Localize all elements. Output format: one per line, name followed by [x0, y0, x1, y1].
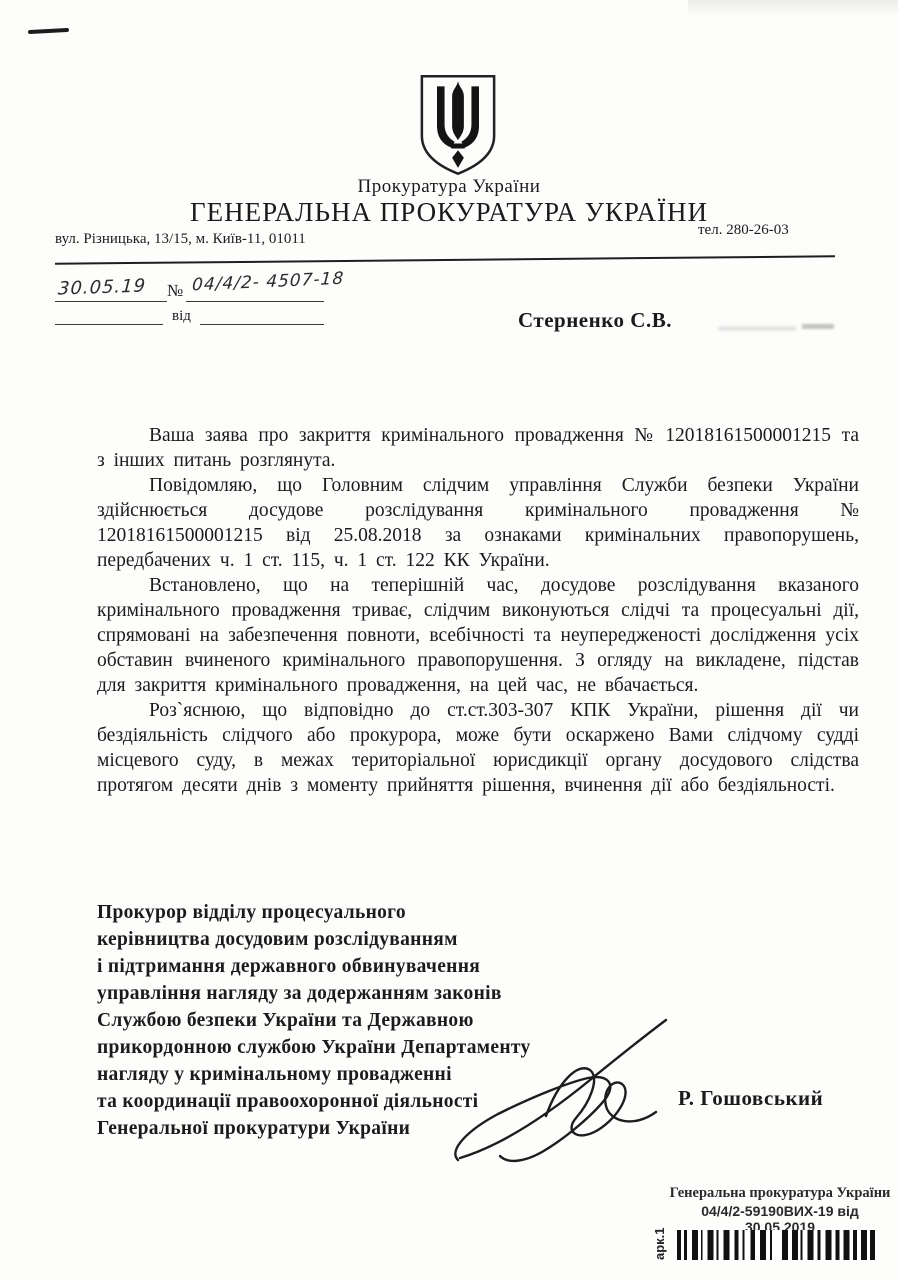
- date-underline: [55, 301, 167, 302]
- org-name-small: Прокуратура України: [0, 176, 898, 198]
- stamp-barcode: [677, 1230, 875, 1260]
- tryzub-emblem: [416, 72, 500, 178]
- stamp-org: Генеральна прокуратура України: [660, 1185, 898, 1202]
- signer-title-line: і підтримання державного обвинувачення: [97, 953, 577, 980]
- letter-body: Ваша заява про закриття кримінального пр…: [97, 423, 859, 798]
- body-paragraph: Ваша заява про закриття кримінального пр…: [97, 423, 859, 473]
- signer-title-line: управління нагляду за додержанням законі…: [97, 980, 577, 1007]
- scan-artifact-dash: [28, 28, 69, 34]
- org-phone: тел. 280-26-03: [698, 222, 789, 239]
- vid-label: від: [172, 308, 191, 325]
- signer-name: Р. Гошовський: [678, 1086, 823, 1111]
- addressee-name: Стерненко С.В.: [518, 308, 672, 333]
- signer-title-line: керівництва досудовим розслідуванням: [97, 926, 577, 953]
- org-address: вул. Різницька, 13/15, м. Київ-11, 01011: [55, 231, 306, 248]
- handwritten-date: 30.05.19: [57, 275, 147, 299]
- signer-title-line: Прокурор відділу процесуального: [97, 899, 577, 926]
- handwritten-number: 04/4/2- 4507-18: [191, 269, 344, 296]
- reply-ref-underline: [55, 324, 163, 325]
- stamp-ref-number: 04/4/2-59190ВИХ-19 від: [660, 1203, 898, 1219]
- header-divider: [55, 255, 835, 264]
- redacted-smudge: [718, 327, 796, 330]
- reply-date-underline: [200, 324, 324, 325]
- body-paragraph: Встановлено, що на теперішній час, досуд…: [97, 573, 859, 698]
- scanned-letter-page: Прокуратура України ГЕНЕРАЛЬНА ПРОКУРАТУ…: [0, 0, 898, 1280]
- handwritten-signature: [450, 1018, 690, 1170]
- number-sign: №: [167, 281, 183, 301]
- sheet-number-label: арк.1: [652, 1227, 667, 1260]
- body-paragraph: Повідомляю, що Головним слідчим управлін…: [97, 473, 859, 573]
- scan-artifact-shade: [688, 0, 898, 16]
- body-paragraph: Роз`яснюю, що відповідно до ст.ст.303-30…: [97, 698, 859, 798]
- redacted-smudge: [802, 324, 834, 329]
- registration-stamp: Генеральна прокуратура України 04/4/2-59…: [660, 1185, 898, 1235]
- number-underline: [186, 301, 324, 302]
